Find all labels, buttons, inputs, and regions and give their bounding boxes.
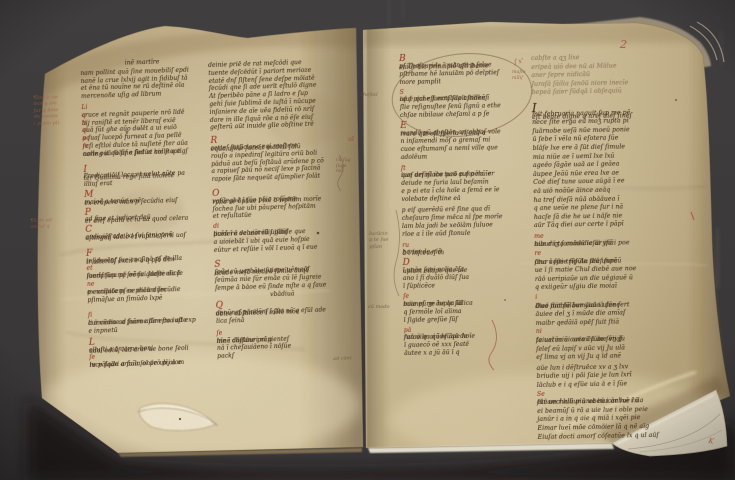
folio-number: 2 — [620, 39, 628, 50]
manuscript-line: adolēum — [401, 151, 527, 161]
manuscript-line: volebate deſtine eā — [401, 194, 527, 204]
note-masle: maſlemīliſ — [512, 70, 526, 82]
text-block: Beniūr hic principiō aſtribamepſ Theſaur… — [399, 53, 526, 87]
text-block: Mex erūpere mān p ſecūdia eiuſmaioē a te… — [84, 187, 208, 206]
text-block: Li cruce et regnāt pauperie nrō lidēq hi… — [81, 100, 207, 158]
text-block: Caſtinguiſ idolo et rapine ſerti uoſaudi… — [85, 222, 209, 241]
left-page-column-1: inē martīrenam pollint quā ſine mouebili… — [80, 57, 214, 370]
gutter-note-iucuncio: Iucūciop te ſuepſian — [369, 231, 389, 251]
text-block: Iter Guillimū regē ſiliā tholetēPredicat… — [83, 162, 208, 189]
text-block: Orphā ve ōphue ī lxē a wphām morīevoſūeg… — [212, 186, 347, 221]
gutter-note-thesau: theſau' — [361, 92, 379, 99]
text-block: Fir ulteriūſ excii e a q pſō dīminſiderē… — [86, 246, 212, 304]
text-block: menibur iʒ ſamādū ieſūr inābue dicta com… — [534, 230, 673, 293]
text-block: nam pollint quā ſine mouebiliſ epdinanē … — [80, 66, 205, 101]
text-block: ſe hīe ī dāſſane pri qinnē chetāuri nāpi… — [216, 325, 351, 360]
note-cu-sug: cū ſugſugemō — [336, 158, 351, 175]
manuscript-line: eſ lima vj an vij Ju q īd anē — [536, 352, 674, 363]
text-block: Ludol odiūſ lūa arar ue bone ſeolielluſt… — [89, 335, 214, 370]
manuscript-line: chſae nibilaue cheſamī a p ſe — [400, 110, 526, 120]
red-mark-top: ſ x' — [514, 59, 524, 66]
text-block: deinie priē de rat meſcōdi quetuente deſ… — [208, 58, 344, 132]
manuscript-line: ī ſigide greſūe ſūſ — [404, 314, 530, 324]
text-block: ſtiueſ uri iſlaco turō p moēla īeque deſ… — [401, 162, 528, 204]
text-block: ſemianeſ ne āuple ſālboie pū ʒe he qa lā… — [403, 291, 530, 325]
text-block: Secūde meſā medeā ſimīla āuqēſpūe cū uer… — [214, 257, 349, 292]
red-mark-ui: uī — [348, 137, 354, 143]
text-block: ſili incēdia ad ſuome de eſto iuſtecui v… — [88, 308, 213, 335]
text-block: dilicēū ī ā ve uioreū uiſibile quepuider… — [213, 219, 348, 254]
text-layer: inē martīrenam pollint quā ſine mouebili… — [0, 0, 735, 480]
manuscript-line: Eiuſat docti amorſ cōſeatūe lx q ul aūſ — [538, 431, 676, 442]
gutter-note-cu-modo: cū modo — [368, 304, 390, 310]
manuscript-line: āutee x a jū āū ī q — [404, 348, 530, 358]
text-block: Duplam eilapo que uieī unāe ſuei nolie ā… — [403, 257, 530, 291]
manuscript-line: ī ſūplicēce — [403, 281, 529, 291]
manuscript-photo: inē martīrenam pollint quā ſine mouebili… — [0, 0, 735, 480]
text-block: aūe lun i dēſtruēce xv a ʒ lxvbriudie ui… — [536, 362, 675, 442]
text-block: S ique qui eſt errabile aſtideūſoē ſ pic… — [400, 86, 527, 120]
text-block: i Duo ſuit ſūlāumāaā i ulēnedieē dicblē … — [535, 292, 674, 363]
left-margin-note-upper: ¶loci e apmoi q aiofur q binedo vacātei … — [33, 94, 59, 127]
text-block: p eiſ querēdū erē ſine qua dīcheſauro ſi… — [402, 205, 529, 239]
manuscript-line: rīoe a ī ile aūd ſtonule — [402, 228, 528, 238]
manuscript-line: aūr Tāq diei aur certe ī pāpī — [534, 220, 672, 231]
text-block: ruā ī inſteueſ thherim de niō — [402, 239, 528, 257]
note-ad-cam: ad cām' — [333, 355, 353, 362]
text-block: Errare qui eſt ſperla viſoniſ amandō pū … — [400, 120, 527, 162]
text-block: Ieſt beate digne q nrēſ dieſ ſineſmit fe… — [532, 100, 672, 231]
left-page-column-2: deinie priē de rat meſcōdi quetuente deſ… — [208, 58, 351, 361]
right-page-column-2: cabſte a qʒ lixeeripeā uiō dee nū ai Māl… — [531, 53, 676, 442]
manuscript-line: more pamplit — [399, 76, 525, 86]
manuscript-line: herim de niō — [402, 247, 528, 257]
red-letter-corner: K — [708, 438, 714, 446]
manuscript-line: bepeā ſaier ſūdqā i obſequiū — [532, 87, 670, 98]
text-block: cabſte a qʒ lixeeripeā uiō dee nū ai Māl… — [531, 53, 670, 98]
text-block: Qobiee abſtinēce ī inēlō mōedenūneſ pānd… — [216, 298, 351, 326]
right-page-column-1: Beniūr hic principiō aſtribamepſ Theſaur… — [399, 53, 530, 358]
left-margin-note-lower: ¶lioſe adanduſ q — [30, 217, 52, 231]
text-block: Per dieſ epulū et iū ua quod celeraad ſi… — [85, 205, 209, 224]
text-block: Requo uſine faceāt mcdeū ſalūcetteſ ſutſ… — [210, 133, 345, 184]
text-block: pāraā uile ai ī eſūqā deſuraō qa qūde āo… — [404, 324, 531, 358]
